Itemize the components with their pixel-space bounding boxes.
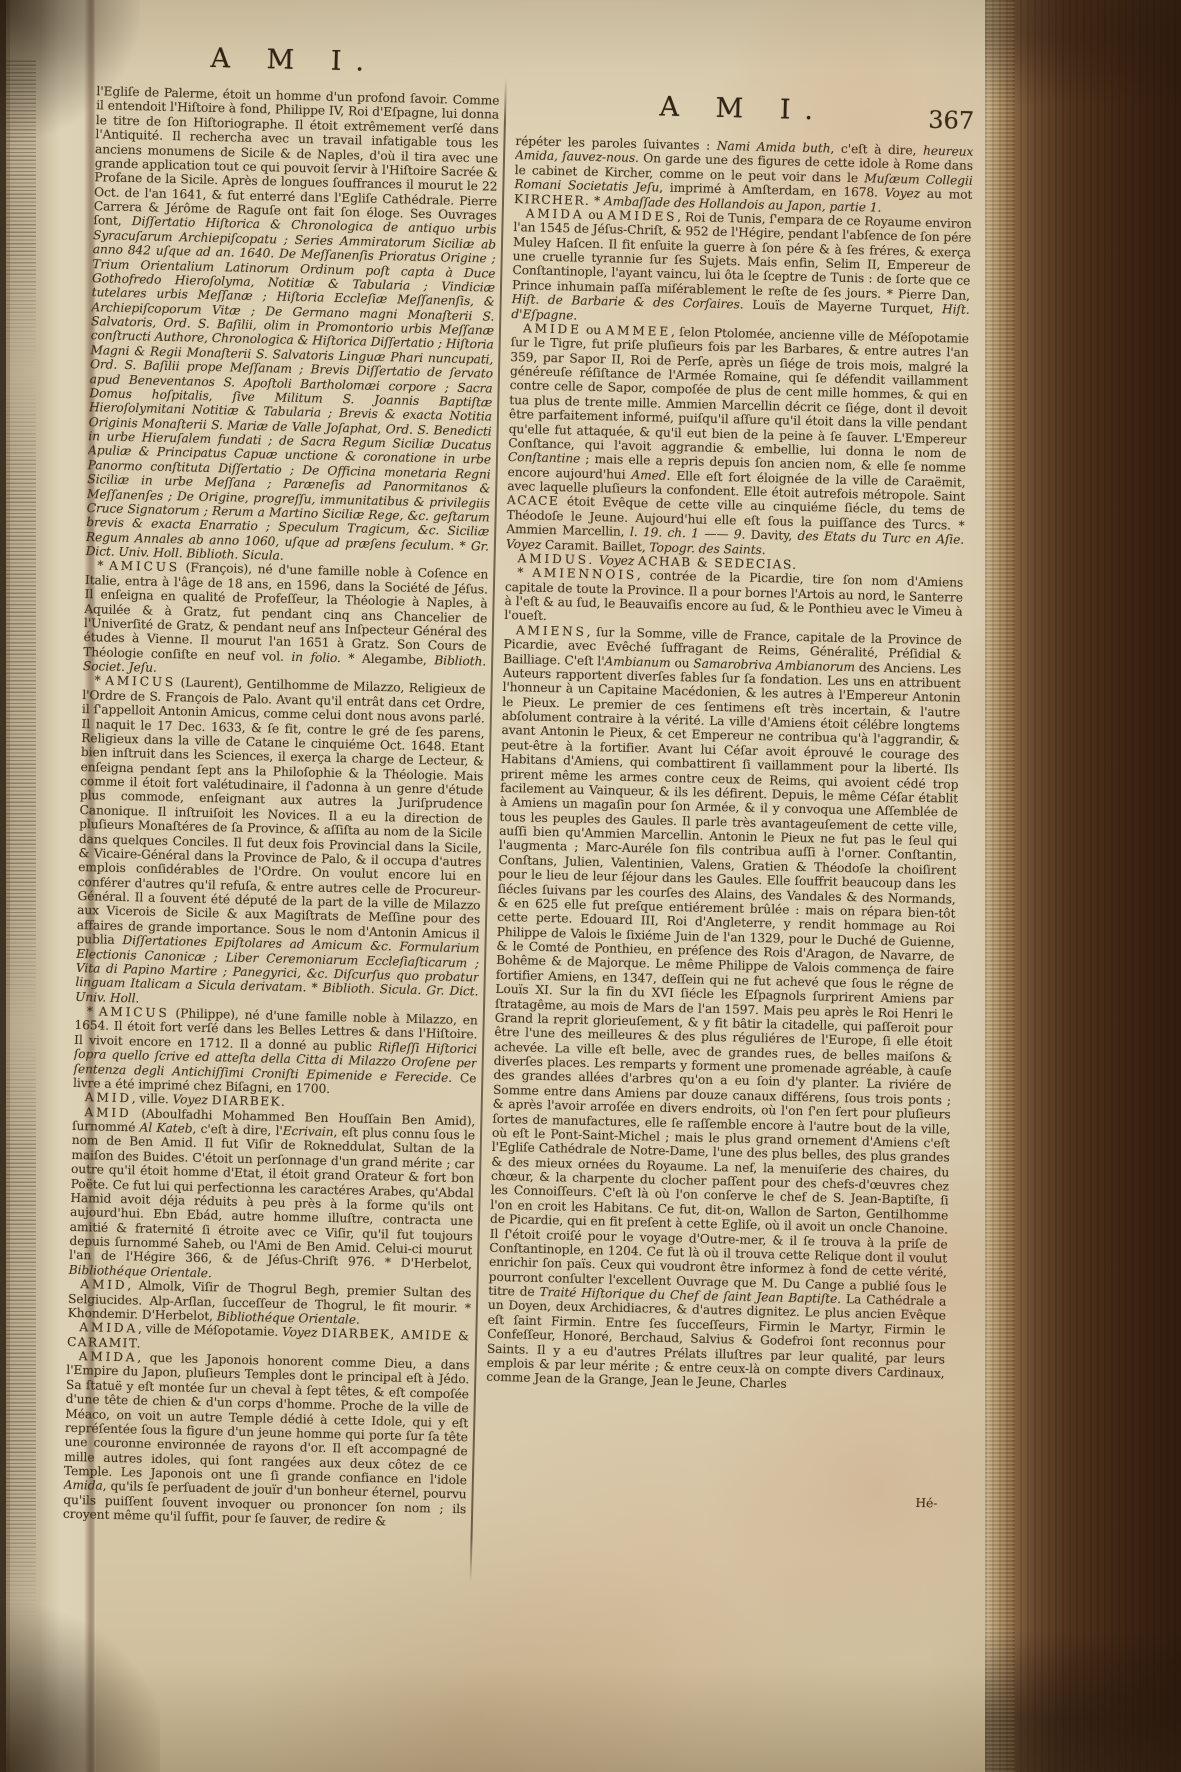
entry-headword: AMICUS (109, 559, 180, 575)
text-run: La Cathédrale a un Doyen, deux Archidiac… (486, 1292, 946, 1391)
text-run: Diſſertatio Hiſtorica & Chronologica de … (86, 214, 497, 552)
book-page-scan: { "page": { "running_head_left": "A M I.… (0, 0, 1181, 1772)
text-run: * (97, 559, 109, 573)
text-run: Voyez (282, 1325, 321, 1340)
text-run: * (94, 674, 105, 688)
paragraph: AMIDE ou AMMEE, ſelon Ptolomée, ancienne… (506, 321, 969, 562)
text-run: ou (582, 323, 606, 338)
text-run: , Roi de Tunis, ſ'empara de ce Royaume e… (512, 210, 972, 303)
paragraph: * AMIENNOIS, contrée de la Picardie, tir… (504, 565, 963, 633)
text-run: * (517, 565, 532, 579)
text-run: Al Kateb (139, 1120, 192, 1135)
text-run: , eſt plus connu ſous le nom de Ben Amid… (69, 1125, 475, 1272)
text-run: Davity, (745, 528, 797, 543)
page-sheet: A M I. A M I. 367 l'Egliſe de Palerme, é… (50, 28, 995, 1749)
running-head-left: A M I. (89, 40, 500, 81)
text-run: ou (670, 655, 693, 670)
entry-headword: AMICUS (105, 674, 176, 690)
right-column: répéter les paroles ſuivantes : Nami Ami… (481, 134, 973, 1606)
entry-headword: AMID (84, 1105, 131, 1120)
text-run: Amed (631, 468, 666, 483)
paragraph: l'Egliſe de Palerme, étoit un homme d'un… (86, 84, 500, 568)
text-run: * Alegambe, (341, 651, 435, 667)
text-run: * (306, 981, 323, 995)
text-run: des Anciens. Les Auteurs rapportent dive… (488, 660, 961, 1299)
text-run: * (87, 1004, 99, 1018)
text-run: , qu'ils ſe perſuadent de jouïr d'un bon… (63, 1479, 467, 1528)
page-block-edge (985, 0, 1015, 1772)
text-run: Amida (63, 1478, 102, 1493)
entry-headword: AMIDA (79, 1320, 138, 1335)
text-run: , ſelon Ptolomée, ancienne ville de Méſo… (508, 325, 969, 461)
entry-headword: AMIDES (607, 208, 677, 224)
text-run: Ecrivain (283, 1124, 334, 1139)
paragraph: répéter les paroles ſuivantes : Nami Ami… (514, 134, 974, 217)
text-run: ACACE (507, 493, 559, 508)
paragraph: AMIDA ou AMIDES, Roi de Tunis, ſ'empara … (511, 206, 972, 332)
paragraph: AMIENS, ſur la Somme, ville de France, c… (486, 623, 962, 1395)
entry-headword: AMIDE (523, 321, 582, 336)
text-run: au mot (920, 187, 973, 202)
paragraph: * AMICUS (Philippe), né d'une famille no… (73, 1004, 478, 1100)
paragraph: * AMICUS (Laurent), Gentilhomme de Milaz… (75, 673, 486, 1013)
entry-headword: AMIDA (79, 1349, 138, 1364)
text-run: DIARBEK. (211, 1093, 286, 1109)
entry-headword: AMID (85, 1090, 132, 1105)
text-run: (Laurent), Gentilhomme de Milazzo, Relig… (76, 676, 485, 948)
text-run: in folio. (291, 650, 341, 665)
paragraph: AMID (Aboulfadhi Mohammed Ben Houſſain B… (69, 1105, 476, 1287)
text-run: Ambianum (604, 654, 670, 670)
entry-headword: AMIENS (516, 623, 587, 639)
text-run: (François), né d'une famille noble à Coſ… (83, 561, 488, 664)
text-run: * (454, 538, 471, 552)
text-run: , ville. (132, 1092, 173, 1107)
entry-headword: AMIDA (526, 206, 585, 221)
text-run: Voyez (885, 186, 921, 201)
previous-page-text-sliver (6, 60, 36, 1620)
text-run: KIRCHER. (514, 192, 591, 208)
left-column: l'Egliſe de Palerme, étoit un homme d'un… (62, 84, 500, 1563)
text-run: l'Egliſe de Palerme, étoit un homme d'un… (93, 84, 499, 228)
paragraph: AMIDA, que les Japonois honorent comme D… (63, 1349, 470, 1531)
paragraph: * AMICUS (François), né d'une famille no… (83, 558, 489, 682)
book-binding (985, 0, 1181, 1772)
entry-headword: AMMEE (605, 323, 671, 339)
text-run: Conſtantine (508, 450, 581, 466)
text-run: Voyez (172, 1092, 211, 1107)
page-number: 367 (878, 105, 975, 135)
text-run: ou (584, 208, 607, 223)
text-run: , ville de Méſopotamie. (138, 1322, 282, 1339)
entry-headword: AMID (80, 1277, 127, 1292)
text-run: * (590, 193, 604, 207)
text-run: Voyez (599, 553, 638, 568)
text-run: , que les Japonois honorent comme Dieu, … (64, 1350, 470, 1487)
